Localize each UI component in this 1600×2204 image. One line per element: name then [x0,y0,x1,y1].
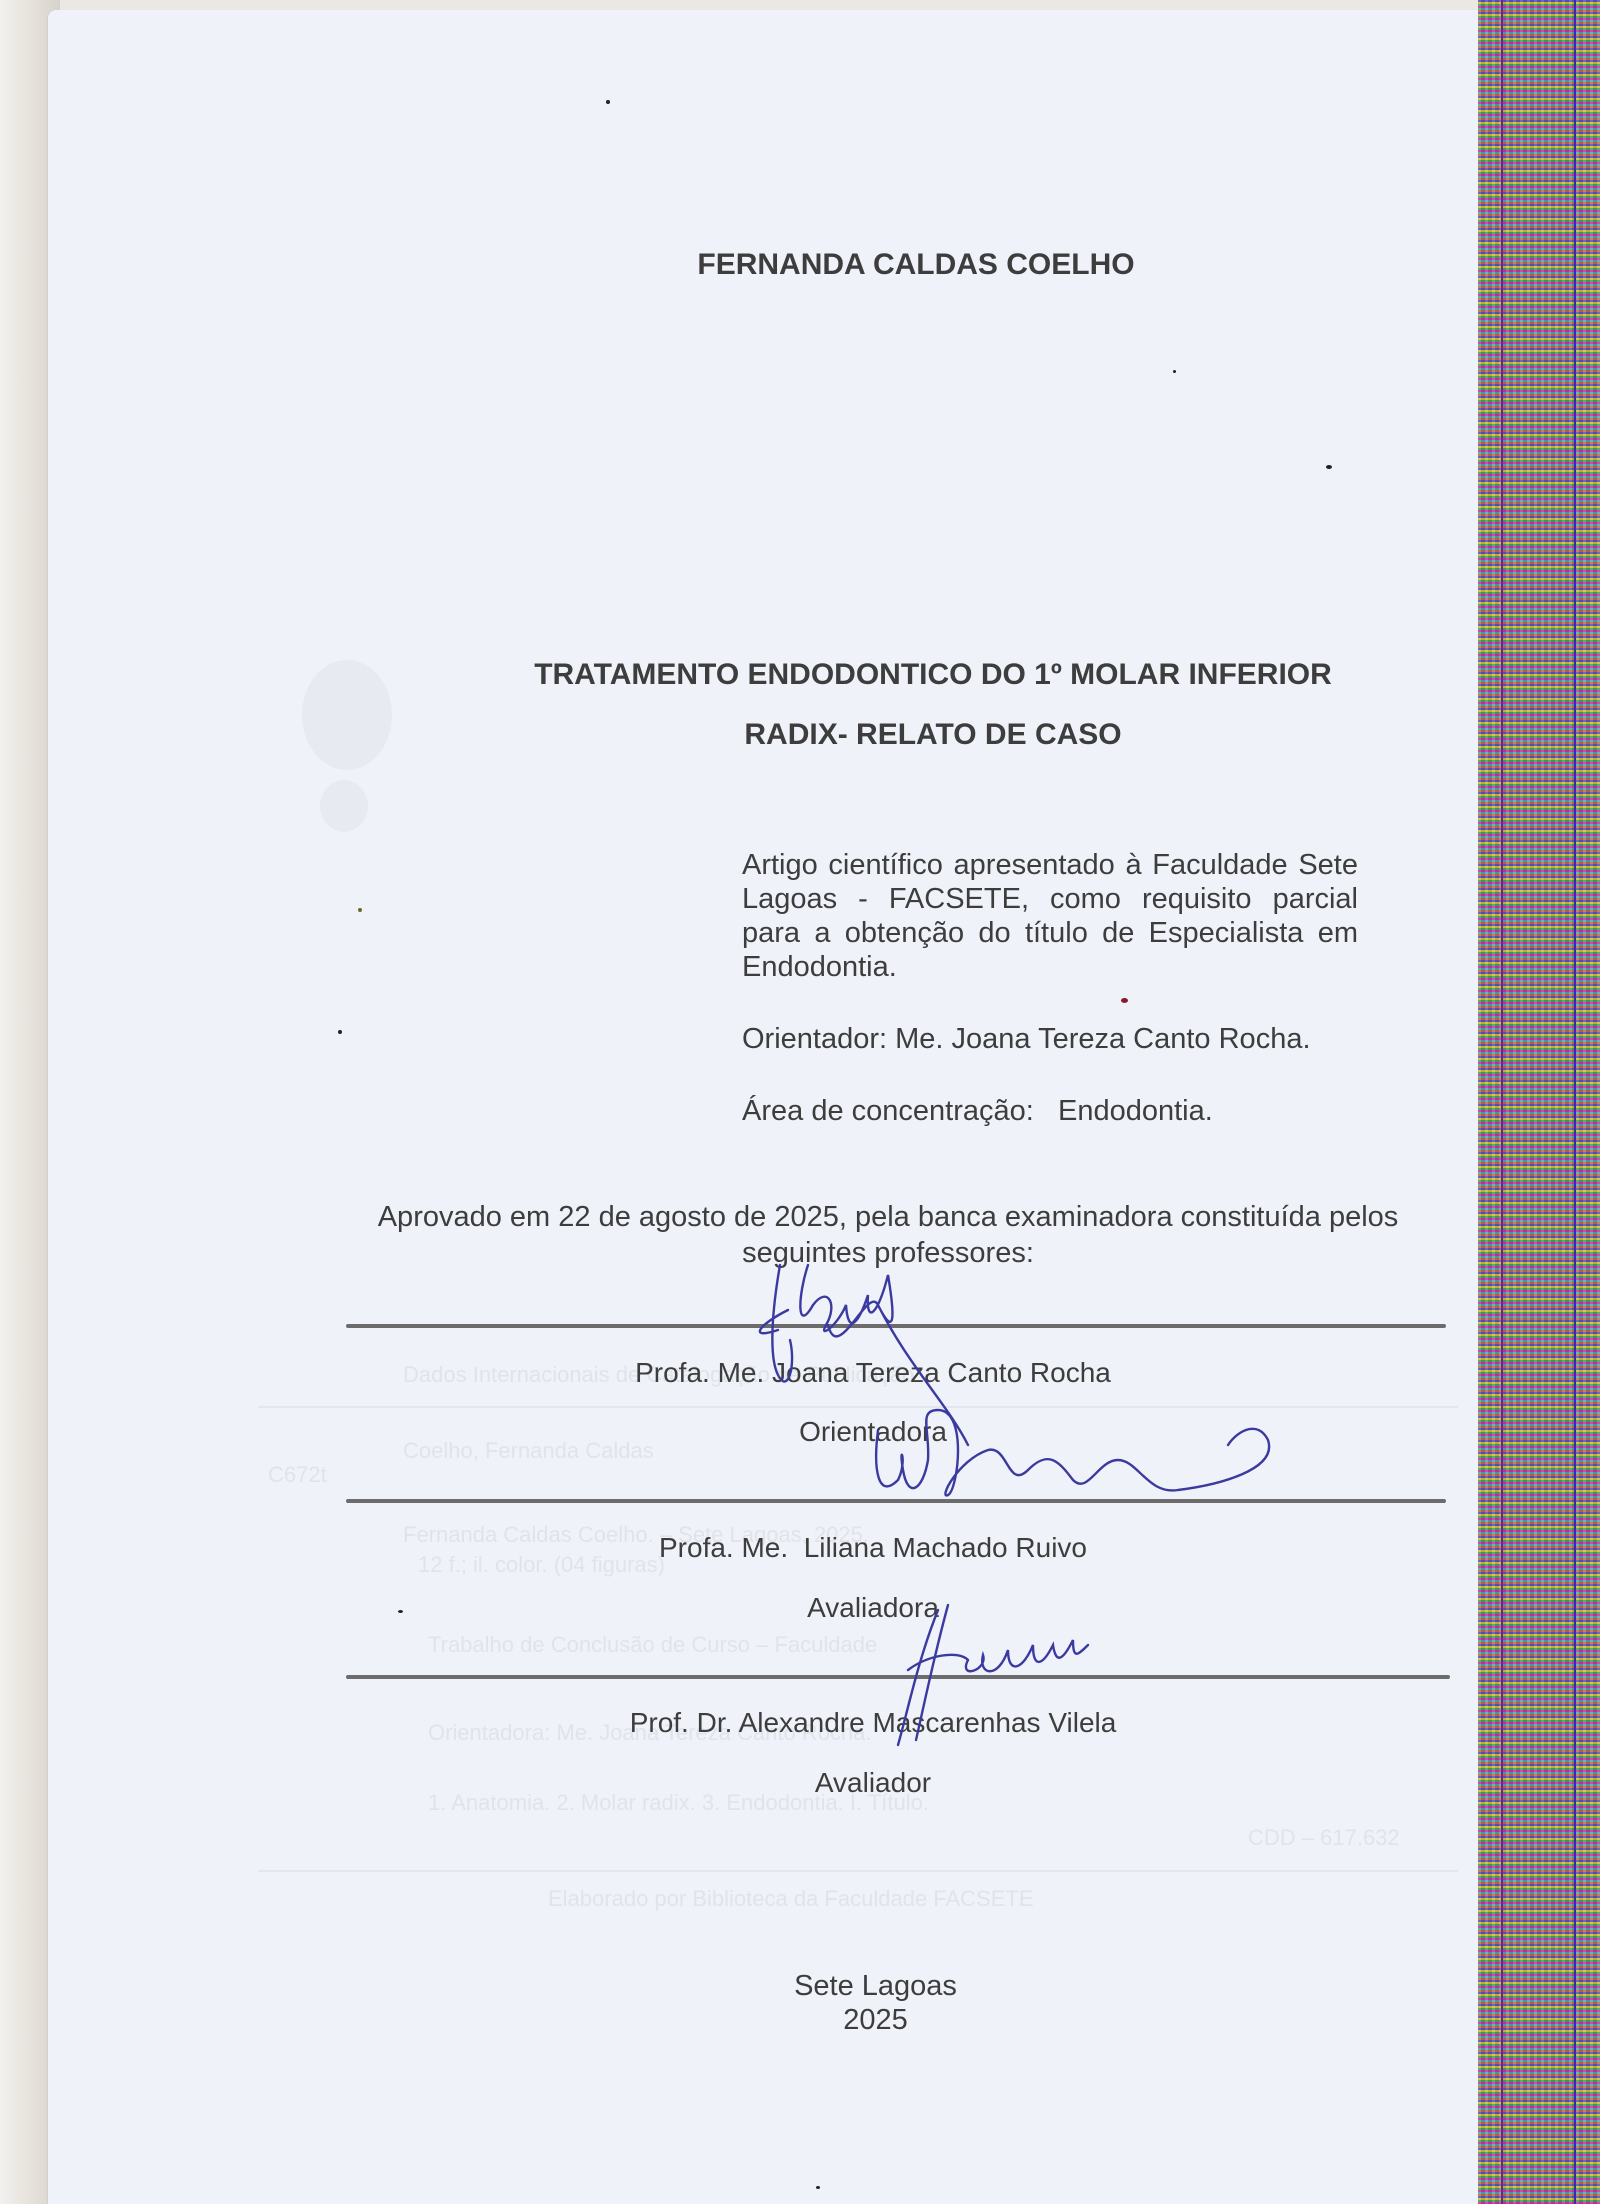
examiner-name: Profa. Me. Liliana Machado Ruivo [48,1532,1600,1564]
scan-speck [606,100,610,104]
handwritten-signature-3 [868,1600,1148,1750]
scan-speck [1173,370,1176,373]
scan-speck [816,2186,820,2189]
document-page: Dados Internacionais de Catalogação na P… [48,10,1480,2204]
bleed-through-rule [258,1870,1458,1872]
ink-speck [358,908,362,912]
scanner-noise-line [1574,0,1576,2204]
scanner-noise-strip [1478,0,1600,2204]
submission-statement: Artigo científico apresentado à Faculdad… [742,848,1358,984]
examiner-name: Prof. Dr. Alexandre Mascarenhas Vilela [48,1707,1600,1739]
title-line-1: TRATAMENTO ENDODONTICO DO 1º MOLAR INFER… [48,658,1600,692]
city: Sete Lagoas [48,1970,1600,2003]
scan-speck [338,1030,342,1034]
stamp-bleed-through [320,780,368,832]
advisor-line: Orientador: Me. Joana Tereza Canto Rocha… [742,1023,1311,1056]
bleed-through-text: Elaborado por Biblioteca da Faculdade FA… [548,1886,1034,1912]
examiner-role: Avaliadora [48,1592,1600,1624]
bleed-through-text: Trabalho de Conclusão de Curso – Faculda… [428,1632,877,1658]
author-name: FERNANDA CALDAS COELHO [48,248,1600,282]
scan-speck [398,1610,403,1613]
title-line-2: RADIX- RELATO DE CASO [48,718,1600,752]
handwritten-signature-2 [858,1400,1288,1510]
examiner-role: Avaliador [48,1767,1600,1799]
bleed-through-text: CDD – 617.632 [1248,1825,1400,1851]
year: 2025 [48,2004,1600,2037]
bleed-through-text: C672t [268,1462,327,1488]
ink-speck [1121,998,1128,1003]
scanner-noise-line [1501,0,1503,2204]
scan-speck [1326,465,1332,469]
concentration-area: Área de concentração: Endodontia. [742,1095,1213,1128]
